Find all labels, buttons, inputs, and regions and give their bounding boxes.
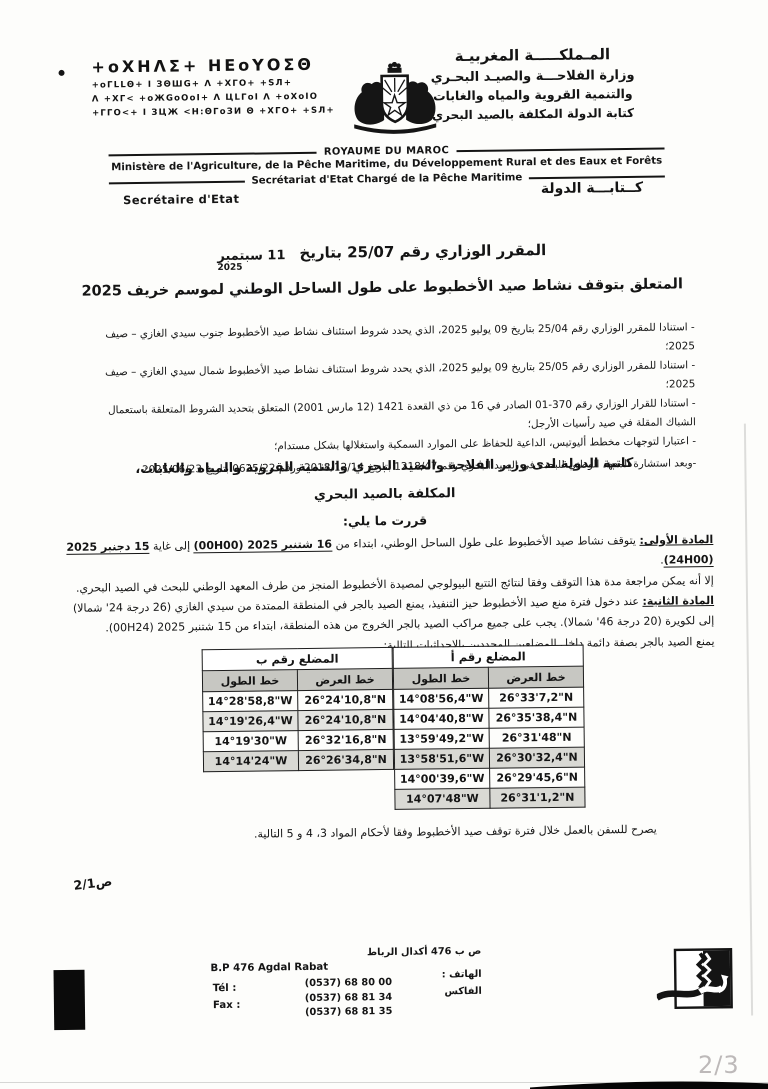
stamp-day-month: 11 سبتمبر bbox=[217, 248, 285, 264]
lon-cell: 13°59'49,2"W bbox=[394, 728, 489, 749]
bullet-dot bbox=[59, 70, 65, 76]
lat-cell: 26°29'45,6"N bbox=[490, 767, 585, 788]
fisheries-department-logo-icon bbox=[656, 944, 741, 1025]
decision-heading-2: المكلفة بالصيد البحري bbox=[1, 482, 768, 506]
footer-tel-label-fr: Tél : bbox=[213, 983, 237, 994]
secretariat-line: Secrétariat d'Etat Chargé de la Pêche Ma… bbox=[251, 172, 522, 186]
polygon-b-table: المضلع رقم ب خط العرض خط الطول 26°24'10,… bbox=[202, 647, 394, 772]
divider-line bbox=[529, 175, 665, 179]
lat-cell: 26°31'1,2"N bbox=[490, 787, 585, 808]
article-1-start-date: 16 شتنبر 2025 (00H00) bbox=[194, 538, 333, 554]
lon-cell: 14°19'30"W bbox=[203, 731, 298, 752]
lat-cell: 26°30'32,4"N bbox=[489, 747, 584, 768]
decree-title-row: المقرر الوزاري رقم 25/07 بتاريخ 11 سبتمب… bbox=[0, 238, 766, 275]
lon-cell: 14°28'58,8"W bbox=[203, 691, 298, 712]
divider-line bbox=[109, 180, 245, 184]
fax-number-2: (0537) 68 81 35 bbox=[305, 1005, 397, 1021]
articles-block: المادة الأولى: يتوقف نشاط صيد الأخطبوط ع… bbox=[57, 530, 714, 660]
article-1-mid: إلى غاية bbox=[149, 539, 193, 553]
lon-cell: 14°00'39,6"W bbox=[395, 768, 490, 789]
arabic-ministry-header: المـملكـــــة المغربيـة وزارة الفلاحـــة… bbox=[403, 43, 662, 125]
lon-cell: 14°08'56,4"W bbox=[394, 688, 489, 709]
lat-cell: 26°24'10,8"N bbox=[298, 709, 393, 730]
polygon-b-title: المضلع رقم ب bbox=[202, 647, 392, 670]
consideration-item: - استنادا للقرار الوزاري رقم 370-01 الصا… bbox=[78, 394, 696, 439]
polygon-a-table: المضلع رقم أ خط العرض خط الطول 26°33'7,2… bbox=[393, 645, 586, 810]
table-row: 26°26'34,8"N14°14'24"W bbox=[203, 749, 393, 771]
tifinagh-line-1: +oΧΗΛΣ+ ΗΕoΥΟΣΘ bbox=[91, 54, 341, 76]
stamp-year: 2025 bbox=[217, 262, 285, 273]
footer-fax-label-fr: Fax : bbox=[213, 1000, 241, 1011]
polygon-a-title: المضلع رقم أ bbox=[393, 645, 583, 668]
article-2-label: المادة الثانية: bbox=[642, 594, 714, 608]
article-2-text: عند دخول فترة منع صيد الأخطبوط حيز التنف… bbox=[73, 595, 715, 635]
consideration-item: - استنادا للمقرر الوزاري رقم 25/05 بتاري… bbox=[77, 356, 695, 401]
decree-title-line2: المتعلق بتوقف نشاط صيد الأخطبوط على طول … bbox=[0, 275, 766, 300]
tifinagh-line-3: Λ +ΧΓ< +oЖGoΟoI+ Λ ЦLΓoI Λ +oΧoIΟ bbox=[92, 91, 342, 104]
table-row: 26°29'45,6"N14°00'39,6"W bbox=[395, 767, 585, 789]
page-marker: ص2/1 bbox=[73, 873, 113, 892]
lat-cell: 26°32'16,8"N bbox=[298, 729, 393, 750]
lon-cell: 14°04'40,8"W bbox=[394, 708, 489, 729]
table-row: 26°24'10,8"N14°28'58,8"W bbox=[203, 689, 393, 711]
fax-number-1: (0537) 68 81 34 bbox=[305, 991, 397, 1007]
lat-cell: 26°31'48"N bbox=[489, 727, 584, 748]
tifinagh-line-2: +oΓLLΘ+ I ЗΘШG+ Λ +ΧΓΟ+ +SЛ+ bbox=[92, 77, 342, 90]
kingdom-title-ar: المـملكـــــة المغربيـة bbox=[403, 43, 661, 69]
footer-phone-numbers: (0537) 68 80 00 (0537) 68 81 34 (0537) 6… bbox=[305, 976, 398, 1021]
table-row: 26°35'38,4"N14°04'40,8"W bbox=[394, 707, 584, 729]
lon-cell: 14°14'24"W bbox=[203, 751, 298, 772]
table-row: 26°33'7,2"N14°08'56,4"W bbox=[394, 687, 584, 709]
footer-address-ar: ص ب 476 أكدال الرباط bbox=[361, 946, 481, 958]
decision-heading-3: قررت ما يلي: bbox=[1, 508, 768, 532]
lat-cell: 26°35'38,4"N bbox=[489, 707, 584, 728]
consideration-item: - استنادا للمقرر الوزاري رقم 25/04 بتاري… bbox=[77, 318, 695, 363]
polygon-b-col-lon: خط الطول bbox=[202, 670, 297, 692]
table-row: 26°30'32,4"N13°58'51,6"W bbox=[394, 747, 584, 769]
divider-line bbox=[109, 151, 317, 156]
polygon-a-col-lat: خط العرض bbox=[488, 666, 583, 688]
footer-fax-label-ar: الفاكس bbox=[432, 986, 482, 998]
article-1-label: المادة الأولى: bbox=[639, 533, 713, 547]
black-redaction-block bbox=[54, 970, 86, 1030]
article-1-intro: يتوقف نشاط صيد الأخطبوط على طول الساحل ا… bbox=[332, 534, 640, 551]
scanned-document-page: +oΧΗΛΣ+ ΗΕoΥΟΣΘ +oΓLLΘ+ I ЗΘШG+ Λ +ΧΓΟ+ … bbox=[0, 0, 768, 1089]
royaume-du-maroc: ROYAUME DU MAROC bbox=[324, 145, 450, 158]
secretariat-line-ar: كتابة الدولة المكلفة بالصيد البحري bbox=[404, 103, 662, 124]
polygon-b-col-lat: خط العرض bbox=[297, 668, 392, 690]
table-row: 26°24'10,8"N14°19'26,4"W bbox=[203, 709, 393, 731]
lat-cell: 26°24'10,8"N bbox=[298, 689, 393, 710]
table-row: 26°31'48"N13°59'49,2"W bbox=[394, 727, 584, 749]
polygon-a-col-lon: خط الطول bbox=[393, 667, 488, 689]
lon-cell: 13°58'51,6"W bbox=[394, 748, 489, 769]
footer-tel-label-ar: الهاتف : bbox=[427, 969, 482, 981]
date-stamp: 11 سبتمبر 2025 bbox=[217, 244, 285, 273]
post-table-statement: يصرح للسفن بالعمل خلال فترة توقف صيد الأ… bbox=[65, 823, 657, 843]
divider-line bbox=[456, 147, 664, 152]
scan-bottom-swoosh bbox=[0, 1075, 768, 1089]
lat-cell: 26°26'34,8"N bbox=[298, 749, 393, 770]
coordinates-tables: المضلع رقم أ خط العرض خط الطول 26°33'7,2… bbox=[202, 645, 586, 813]
kitabat-dawla: كــتابـــة الدولة bbox=[517, 180, 667, 198]
decree-title-line1: المقرر الوزاري رقم 25/07 بتاريخ bbox=[299, 241, 546, 262]
lon-cell: 14°19'26,4"W bbox=[203, 711, 298, 732]
tifinagh-line-4: +ΓΓΟ<+ I ЗЦЖ <Н:ΘΓoЗИ Θ +ΧΓΟ+ +SЛ+ bbox=[92, 105, 342, 118]
tel-number: (0537) 68 80 00 bbox=[305, 976, 397, 992]
secretaire-detat: Secrétaire d'Etat bbox=[123, 192, 239, 207]
footer-address-fr: B.P 476 Agdal Rabat bbox=[210, 962, 328, 974]
table-row: 26°32'16,8"N14°19'30"W bbox=[203, 729, 393, 751]
lat-cell: 26°33'7,2"N bbox=[489, 687, 584, 708]
table-row: 26°31'1,2"N14°07'48"W bbox=[395, 787, 585, 809]
lon-cell: 14°07'48"W bbox=[395, 788, 490, 809]
tifinagh-header: +oΧΗΛΣ+ ΗΕoΥΟΣΘ +oΓLLΘ+ I ЗΘШG+ Λ +ΧΓΟ+ … bbox=[91, 54, 342, 118]
